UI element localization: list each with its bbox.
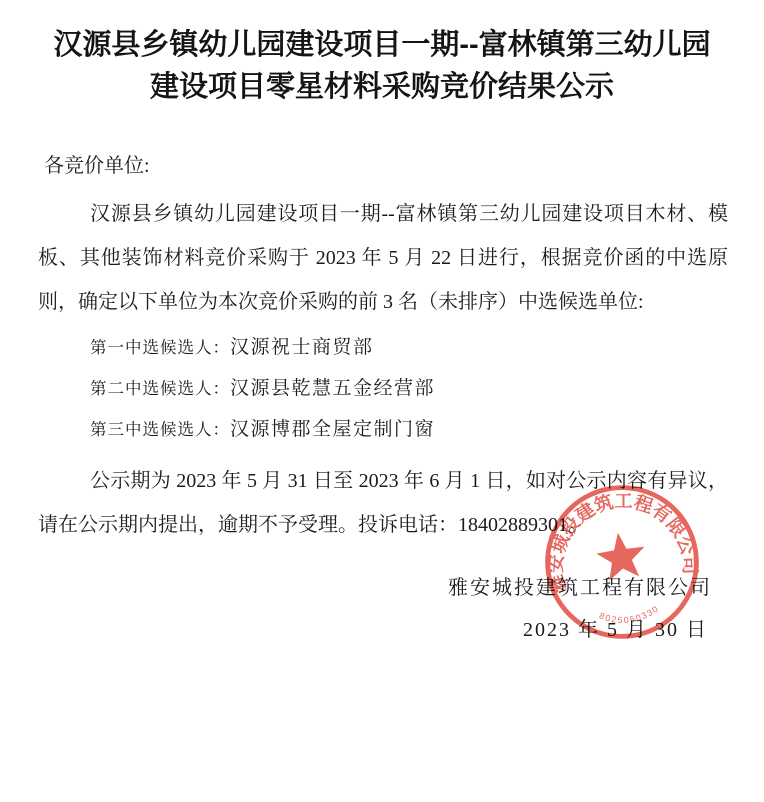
candidate-name: 汉源县乾慧五金经营部 (230, 378, 435, 399)
body-paragraph-2: 公示期为 2023 年 5 月 31 日至 2023 年 6 月 1 日，如对公… (38, 459, 728, 547)
signature-company: 雅安城投建筑工程有限公司 (0, 575, 764, 601)
candidate-row-3: 第三中选候选人：汉源博郡全屋定制门窗 (90, 410, 726, 451)
document-title-line1: 汉源县乡镇幼儿园建设项目一期--富林镇第三幼儿园 (28, 24, 736, 66)
candidate-list: 第一中选候选人：汉源祝士商贸部 第二中选候选人：汉源县乾慧五金经营部 第三中选候… (90, 328, 726, 451)
candidate-label: 第三中选候选人： (90, 420, 230, 439)
candidate-row-2: 第二中选候选人：汉源县乾慧五金经营部 (90, 369, 726, 410)
candidate-row-1: 第一中选候选人：汉源祝士商贸部 (90, 328, 726, 369)
body-paragraph-1: 汉源县乡镇幼儿园建设项目一期--富林镇第三幼儿园建设项目木材、模板、其他装饰材料… (38, 192, 728, 324)
candidate-label: 第一中选候选人： (90, 338, 230, 357)
salutation: 各竞价单位: (44, 154, 726, 178)
document-title-line2: 建设项目零星材料采购竞价结果公示 (28, 66, 736, 108)
candidate-name: 汉源博郡全屋定制门窗 (230, 419, 435, 440)
candidate-label: 第二中选候选人： (90, 379, 230, 398)
document-title: 汉源县乡镇幼儿园建设项目一期--富林镇第三幼儿园 建设项目零星材料采购竞价结果公… (28, 24, 736, 108)
announcement-document: 汉源县乡镇幼儿园建设项目一期--富林镇第三幼儿园 建设项目零星材料采购竞价结果公… (0, 0, 764, 802)
signature-date: 2023 年 5 月 30 日 (0, 617, 764, 643)
candidate-name: 汉源祝士商贸部 (230, 337, 374, 358)
